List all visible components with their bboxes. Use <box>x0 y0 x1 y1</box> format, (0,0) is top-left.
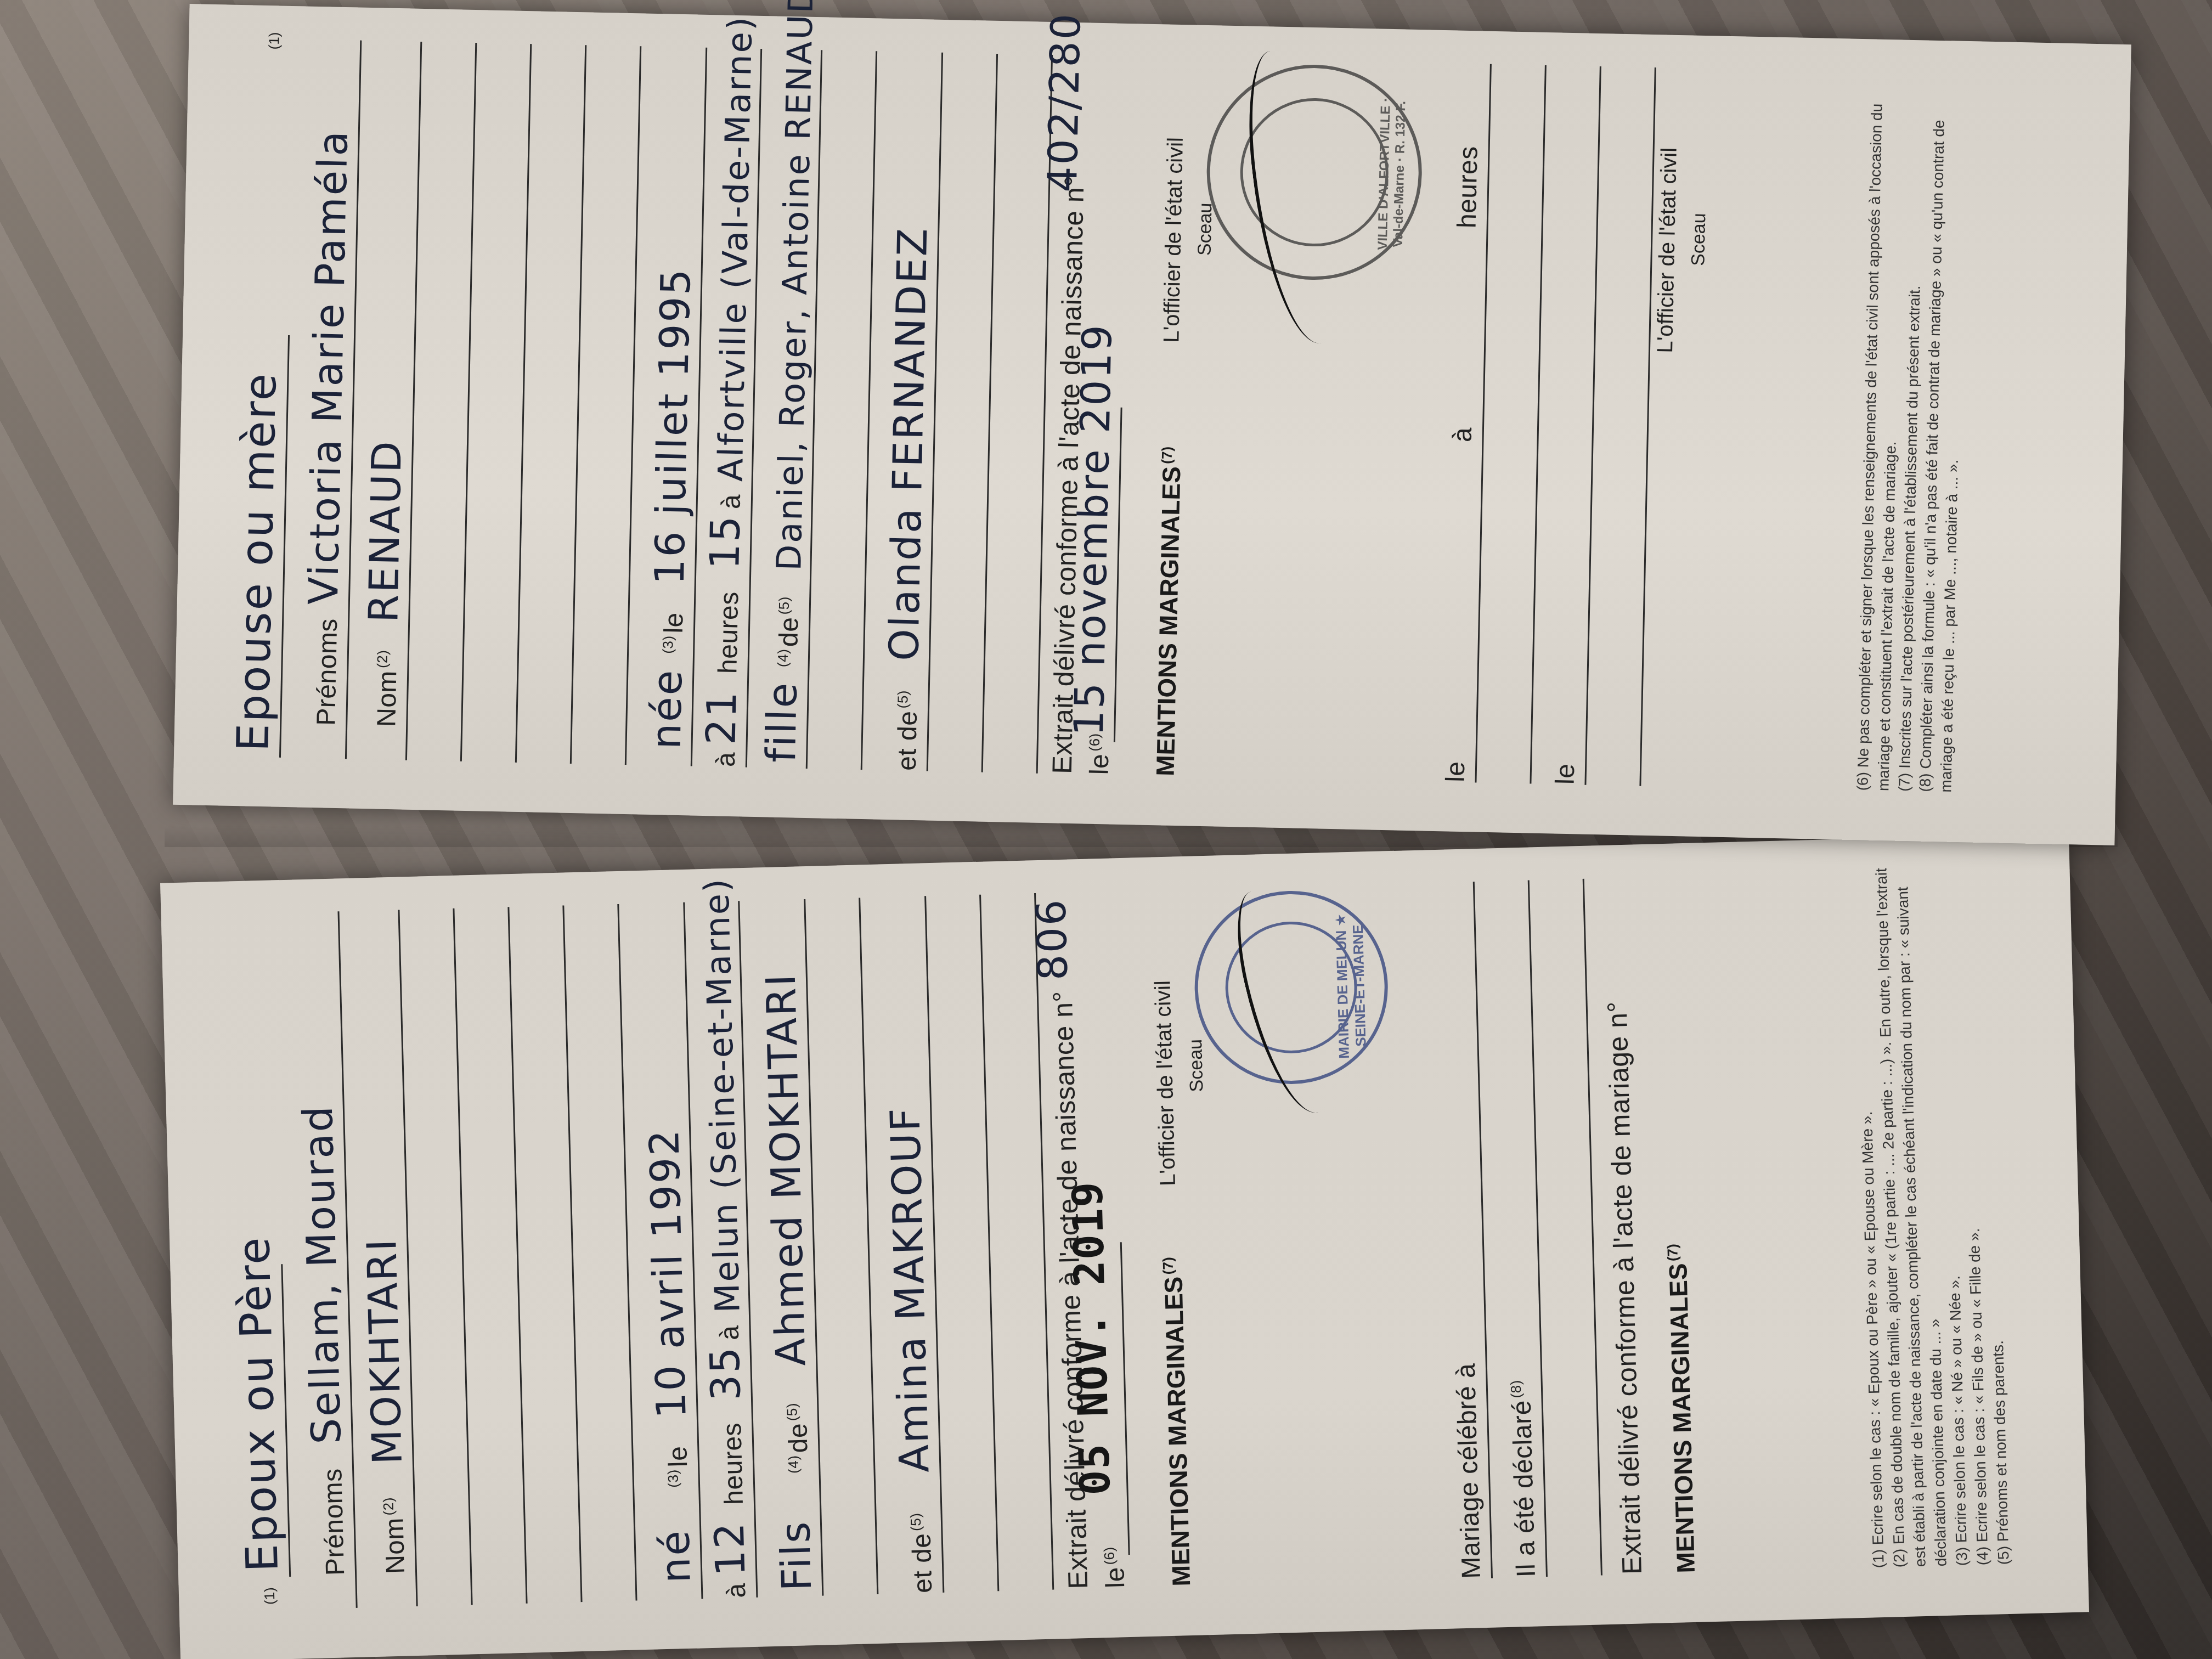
officier-label: L'officier de l'état civil <box>1159 137 1188 343</box>
mariage-label: Mariage célébré à <box>1451 1363 1487 1579</box>
extrait-le-label: le(6) <box>1099 1544 1131 1588</box>
extrait-numero: 806 <box>1028 898 1077 981</box>
nom-value: MOKHTARI <box>358 1237 411 1465</box>
de-label: (4)de(5) <box>782 1400 815 1476</box>
extrait-mariage-label: Extrait délivré conforme à l'acte de mar… <box>1601 1001 1648 1575</box>
footnotes-left: (1) Ecrire selon le cas : « Epoux ou Pèr… <box>1850 851 2015 1568</box>
ne-value: né <box>651 1528 700 1584</box>
blank-row <box>574 45 641 765</box>
prenoms-value: Victoria Marie Paméla <box>300 129 357 605</box>
blank-row <box>810 50 877 770</box>
et-de-label: et de(5) <box>892 688 924 771</box>
date-naissance: 16 juillet 1995 <box>646 267 700 585</box>
fille-value: fille <box>758 681 806 763</box>
ne-value: née <box>642 668 691 750</box>
lieu-naissance: Melun (Seine-et-Marne) <box>696 877 748 1313</box>
document-photo: (1) Epoux ou Père Prénoms Sellam, Mourad… <box>0 0 2212 1659</box>
extrait-date: 15 novembre 2019 <box>1065 323 1121 737</box>
mere-value: Amina MAKROUF <box>882 1106 938 1473</box>
extrait-date-row: 15 novembre 2019 <box>1063 407 1122 742</box>
footnotes-right: (6) Ne pas compléter et signer lorsque l… <box>1852 66 1972 793</box>
a-lieu-label: à <box>716 494 747 509</box>
heading-row: Epouse ou mère <box>229 334 290 758</box>
sceau-label: Sceau <box>1185 1039 1208 1092</box>
lieu-naissance: Alfortville (Val-de-Marne) <box>710 15 760 482</box>
le-label: (3)le <box>663 1446 694 1490</box>
blank-row <box>1589 66 1656 786</box>
declare-label: Il a été déclaré(8) <box>1506 1377 1542 1577</box>
declare-le-label: le <box>1550 763 1581 785</box>
extrait-numero: 402/280 <box>1039 12 1090 193</box>
de-label: (4)de(5) <box>774 594 805 670</box>
mentions-marginales: MENTIONS MARGINALES(7) <box>1158 1254 1196 1587</box>
sceau2-label: Sceau <box>1688 213 1710 266</box>
heures-value: 12 <box>706 1521 755 1577</box>
et-de-label: et de(5) <box>906 1510 938 1594</box>
pere-value: Daniel, Roger, Antoine RENAUD <box>769 0 821 571</box>
page-epouse: (1) Epouse ou mère Prénoms Victoria Mari… <box>173 4 2131 845</box>
fils-value: Fils <box>772 1520 821 1592</box>
mere-value: Olanda FERNANDEZ <box>881 226 937 661</box>
a-label: à <box>711 752 742 767</box>
mariage-a-label: à <box>1447 427 1478 442</box>
nom-label: Nom(2) <box>371 647 403 727</box>
a-lieu-label: à <box>714 1325 745 1341</box>
heure-lieu-row: à 21 heures 15 à Alfortville (Val-de-Mar… <box>695 48 762 768</box>
heures-label: heures <box>717 1422 749 1505</box>
mentions-marginales: MENTIONS MARGINALES(7) <box>1150 444 1187 777</box>
extrait-date-stamp: 05 NOV. 2019 <box>1063 1181 1120 1496</box>
date-naissance: 10 avril 1992 <box>641 1128 696 1419</box>
heading-handwritten: Epoux ou Père <box>228 1235 288 1573</box>
mentions-marginales-2: MENTIONS MARGINALES(7) <box>1662 1241 1701 1573</box>
prenoms-label: Prénoms <box>318 1468 351 1576</box>
note-marker: (1) <box>261 1587 279 1605</box>
minutes-value: 15 <box>701 514 749 570</box>
extrait-le-label: le(6) <box>1085 731 1116 775</box>
le-label: (3)le <box>658 612 690 657</box>
prenoms-value: Sellam, Mourad <box>295 1104 351 1444</box>
heures-value: 21 <box>698 690 746 746</box>
prenoms-row: Prénoms Sellam, Mourad <box>287 911 358 1609</box>
nom-label: Nom(2) <box>379 1494 411 1575</box>
pere-value: Ahmed MOKHTARI <box>758 972 815 1367</box>
note-marker: (1) <box>266 32 283 49</box>
minutes-value: 35 <box>701 1345 750 1401</box>
mariage-le-label: le <box>1440 761 1471 783</box>
mariage-heures-label: heures <box>1452 146 1484 229</box>
officier-label: L'officier de l'état civil <box>1150 980 1181 1187</box>
prenoms-row: Prénoms Victoria Marie Paméla <box>295 39 362 759</box>
heading-row: Epoux ou Père <box>230 1264 291 1578</box>
officier2-label: L'officier de l'état civil <box>1653 147 1682 353</box>
nom-value: RENAUD <box>360 439 411 623</box>
a-label: à <box>721 1583 752 1599</box>
heading-handwritten: Epouse ou mère <box>227 371 286 752</box>
sceau-label: Sceau <box>1194 202 1216 256</box>
prenoms-label: Prénoms <box>311 618 343 726</box>
page-epoux: (1) Epoux ou Père Prénoms Sellam, Mourad… <box>160 833 2089 1659</box>
heures-label: heures <box>713 591 744 674</box>
